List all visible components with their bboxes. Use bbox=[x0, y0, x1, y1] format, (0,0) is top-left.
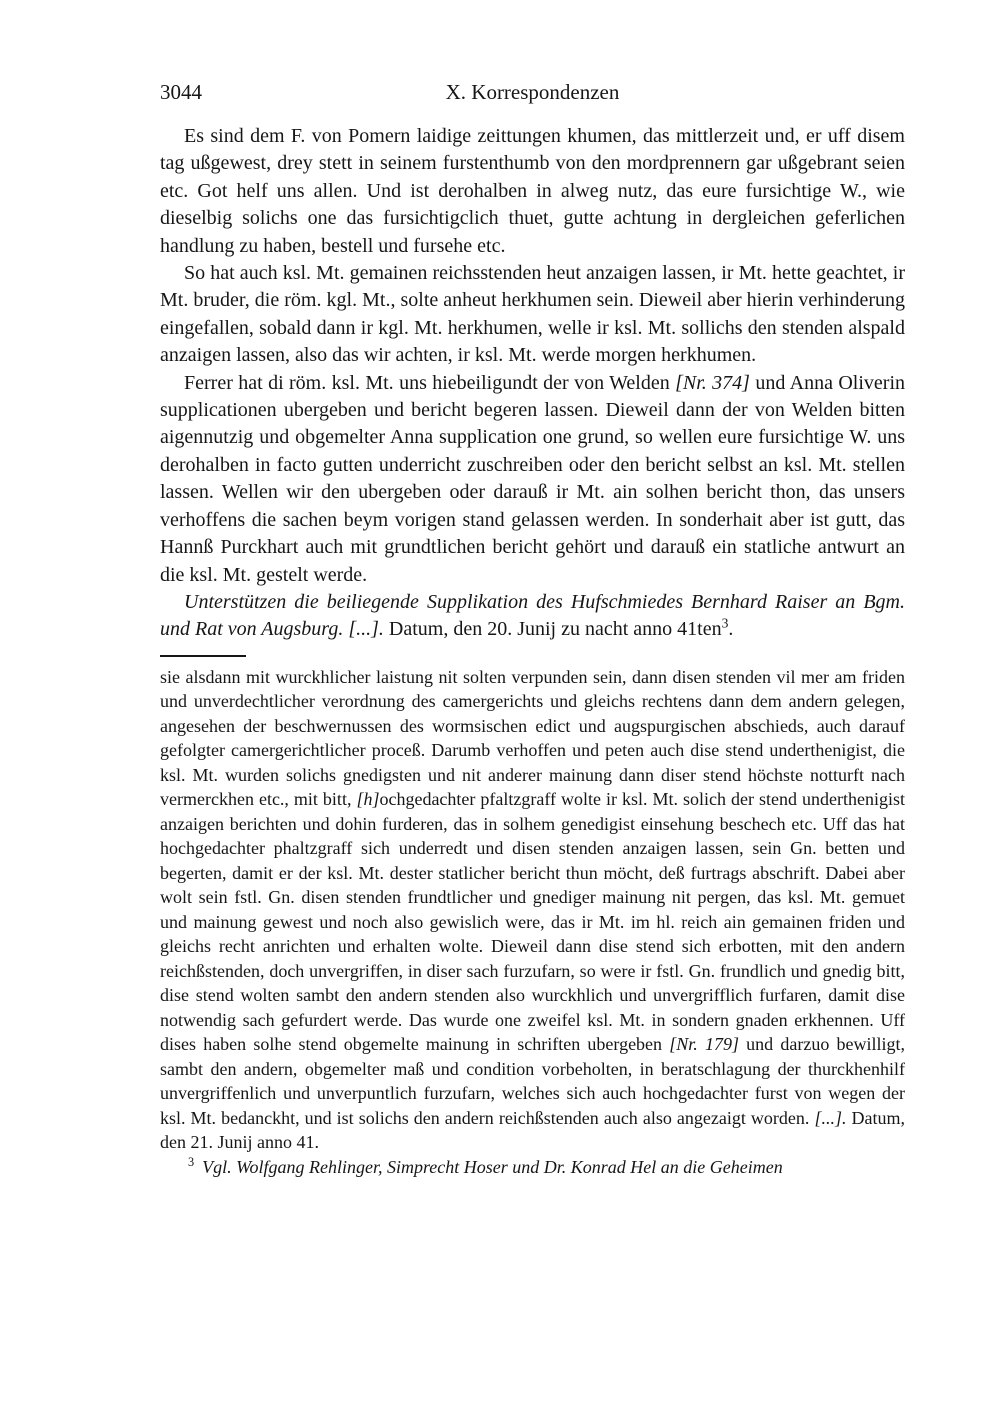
footnote-separator-rule bbox=[160, 655, 246, 657]
footnote-continuation: sie alsdann mit wurckhlicher laistung ni… bbox=[160, 665, 905, 1155]
book-page: 3044 X. Korrespondenzen Es sind dem F. v… bbox=[0, 0, 1004, 1418]
footnote-3: 3Vgl. Wolfgang Rehlinger, Simprecht Hose… bbox=[160, 1155, 905, 1180]
paragraph-editorial-summary: Unterstützen die beiliegende Supplikatio… bbox=[160, 589, 905, 644]
paragraph-kaiser-ankunft: So hat auch ksl. Mt. gemainen reichssten… bbox=[160, 260, 905, 370]
footnotes-block: sie alsdann mit wurckhlicher laistung ni… bbox=[160, 665, 905, 1180]
running-title: X. Korrespondenzen bbox=[160, 80, 905, 104]
page-header: 3044 X. Korrespondenzen bbox=[160, 80, 905, 104]
paragraph-pomern-news: Es sind dem F. von Pomern laidige zeittu… bbox=[160, 123, 905, 260]
body-text: Es sind dem F. von Pomern laidige zeittu… bbox=[160, 123, 905, 644]
paragraph-supplicationen: Ferrer hat di röm. ksl. Mt. uns hiebeili… bbox=[160, 370, 905, 589]
